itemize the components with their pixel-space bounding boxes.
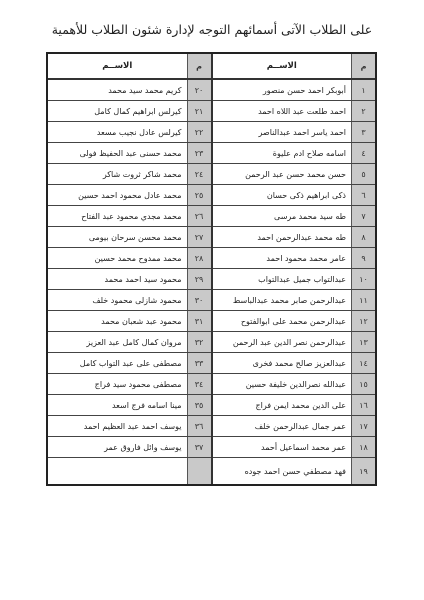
student-name: مروان كمال كامل عبد العزيز: [48, 332, 187, 352]
student-name: مصطفى محمود سيد فراج: [48, 374, 187, 394]
student-name: عبدالرحمن محمد على ابوالفتوح: [213, 311, 352, 331]
student-name: محمد مجدي محمود عبد الفتاح: [48, 206, 187, 226]
table-row: ١٩فهد مصطفي حسن احمد جوده: [213, 458, 376, 484]
header-name: الاســم: [213, 54, 352, 78]
row-number: ٢٤: [187, 164, 211, 184]
student-name: يوسف احمد عبد العظيم احمد: [48, 416, 187, 436]
student-name: اسامه صلاح ادم عليوة: [213, 143, 352, 163]
student-name: كيرلس عادل نجيب مسعد: [48, 122, 187, 142]
row-number: ٢: [351, 101, 375, 121]
table-row: ٥حسن محمد حسن عبد الرحمن: [213, 164, 376, 185]
table-row: ٧طه سيد محمد مرسى: [213, 206, 376, 227]
header-number: م: [187, 54, 211, 78]
row-number: ٢٠: [187, 80, 211, 100]
table-row: ٢٧محمد محسن سرحان بيومى: [48, 227, 211, 248]
row-number: ٣١: [187, 311, 211, 331]
student-name: مصطفى على عبد التواب كامل: [48, 353, 187, 373]
students-table-right-half: م الاســم ١أبوبكر احمد حسن منصور ٢احمد ط…: [212, 54, 376, 484]
table-row: ٢٥محمد عادل محمود احمد حسين: [48, 185, 211, 206]
table-row: ١٠عبدالتواب جميل عبدالتواب: [213, 269, 376, 290]
row-number: ٥: [351, 164, 375, 184]
row-number: ٣٢: [187, 332, 211, 352]
table-row: ٢٢كيرلس عادل نجيب مسعد: [48, 122, 211, 143]
table-row: ٢٤محمد شاكر ثروت شاكر: [48, 164, 211, 185]
table-row: ١٥عبدالله نصرالدين خليفة حسين: [213, 374, 376, 395]
row-number: ١٢: [351, 311, 375, 331]
row-number: ٢٣: [187, 143, 211, 163]
row-number: ٣٧: [187, 437, 211, 457]
table-row: ١١عبدالرحمن صابر محمد عبدالباسط: [213, 290, 376, 311]
student-name: أبوبكر احمد حسن منصور: [213, 80, 352, 100]
student-name: عبدالرحمن نصر الدين عبد الرحمن: [213, 332, 352, 352]
table-row: ١٨عمر محمد اسماعيل أحمد: [213, 437, 376, 458]
table-header-row: م الاســم: [48, 54, 211, 80]
student-name: ذكى ابراهيم ذكى حسان: [213, 185, 352, 205]
student-name: يوسف وائل فاروق عمر: [48, 437, 187, 457]
row-number: ١: [351, 80, 375, 100]
header-name: الاســم: [48, 54, 187, 78]
table-row: ٦ذكى ابراهيم ذكى حسان: [213, 185, 376, 206]
row-number: ٢٩: [187, 269, 211, 289]
table-row: ٣٧يوسف وائل فاروق عمر: [48, 437, 211, 458]
table-row: ٣١محمود عبد شعبان محمد: [48, 311, 211, 332]
student-name: [48, 458, 187, 484]
student-name: طه سيد محمد مرسى: [213, 206, 352, 226]
row-number: ٤: [351, 143, 375, 163]
student-name: عبدالله نصرالدين خليفة حسين: [213, 374, 352, 394]
table-header-row: م الاســم: [213, 54, 376, 80]
student-name: عبدالرحمن صابر محمد عبدالباسط: [213, 290, 352, 310]
student-name: عبدالعزيز صالح محمد فخرى: [213, 353, 352, 373]
table-row: ٣٤مصطفى محمود سيد فراج: [48, 374, 211, 395]
table-row: ٩عامر محمد محمود احمد: [213, 248, 376, 269]
student-name: محمد محسن سرحان بيومى: [48, 227, 187, 247]
student-name: فهد مصطفي حسن احمد جوده: [213, 458, 352, 484]
table-row: ٣احمد ياسر احمد عبدالناصر: [213, 122, 376, 143]
row-number: ٣٠: [187, 290, 211, 310]
student-name: عبدالتواب جميل عبدالتواب: [213, 269, 352, 289]
row-number: ٢٥: [187, 185, 211, 205]
student-name: محمود عبد شعبان محمد: [48, 311, 187, 331]
student-name: عمر محمد اسماعيل أحمد: [213, 437, 352, 457]
row-number: ١٤: [351, 353, 375, 373]
row-number: ١١: [351, 290, 375, 310]
table-row: ٢٦محمد مجدي محمود عبد الفتاح: [48, 206, 211, 227]
table-row: ١أبوبكر احمد حسن منصور: [213, 80, 376, 101]
row-number: ٢٦: [187, 206, 211, 226]
table-row: ٣٦يوسف احمد عبد العظيم احمد: [48, 416, 211, 437]
table-row: ٢١كيرلس ابراهيم كمال كامل: [48, 101, 211, 122]
row-number: [187, 458, 211, 484]
student-name: مينا اسامه فرج اسعد: [48, 395, 187, 415]
table-row: ١٧عمر جمال عبدالرحمن خلف: [213, 416, 376, 437]
table-row: ١٦على الدين محمد ايمن فراج: [213, 395, 376, 416]
student-name: عامر محمد محمود احمد: [213, 248, 352, 268]
student-name: كيرلس ابراهيم كمال كامل: [48, 101, 187, 121]
row-number: ١٨: [351, 437, 375, 457]
students-table: م الاســم ١أبوبكر احمد حسن منصور ٢احمد ط…: [46, 52, 377, 486]
student-name: محمد شاكر ثروت شاكر: [48, 164, 187, 184]
row-number: ٧: [351, 206, 375, 226]
student-name: محمود شازلى محمود خلف: [48, 290, 187, 310]
table-row: ٢٩محمود سيد احمد محمد: [48, 269, 211, 290]
row-number: ٣٥: [187, 395, 211, 415]
student-name: احمد ياسر احمد عبدالناصر: [213, 122, 352, 142]
row-number: ٣٤: [187, 374, 211, 394]
row-number: ١٩: [351, 458, 375, 484]
row-number: ٣٣: [187, 353, 211, 373]
page-title: على الطلاب الآتى أسمائهم التوجه لإدارة ش…: [0, 22, 424, 37]
row-number: ١٦: [351, 395, 375, 415]
student-name: على الدين محمد ايمن فراج: [213, 395, 352, 415]
student-name: حسن محمد حسن عبد الرحمن: [213, 164, 352, 184]
row-number: ٢١: [187, 101, 211, 121]
row-number: ١٥: [351, 374, 375, 394]
row-number: ٣: [351, 122, 375, 142]
table-row: ٢احمد طلعت عبد اللاه احمد: [213, 101, 376, 122]
student-name: طه محمد عبدالرحمن احمد: [213, 227, 352, 247]
row-number: ١٧: [351, 416, 375, 436]
table-row: ٢٨محمد ممدوح محمد حسين: [48, 248, 211, 269]
student-name: كريم محمد سيد محمد: [48, 80, 187, 100]
student-name: محمد حسنى عبد الحفيظ فولى: [48, 143, 187, 163]
row-number: ٨: [351, 227, 375, 247]
student-name: محمد ممدوح محمد حسين: [48, 248, 187, 268]
row-number: ٢٨: [187, 248, 211, 268]
table-row: ١٢عبدالرحمن محمد على ابوالفتوح: [213, 311, 376, 332]
table-row: ٢٠كريم محمد سيد محمد: [48, 80, 211, 101]
table-row: ١٤عبدالعزيز صالح محمد فخرى: [213, 353, 376, 374]
row-number: ٦: [351, 185, 375, 205]
table-row: ١٣عبدالرحمن نصر الدين عبد الرحمن: [213, 332, 376, 353]
table-row: ٢٣محمد حسنى عبد الحفيظ فولى: [48, 143, 211, 164]
header-number: م: [351, 54, 375, 78]
student-name: محمود سيد احمد محمد: [48, 269, 187, 289]
student-name: محمد عادل محمود احمد حسين: [48, 185, 187, 205]
table-row: ٣٥مينا اسامه فرج اسعد: [48, 395, 211, 416]
row-number: ٢٧: [187, 227, 211, 247]
student-name: احمد طلعت عبد اللاه احمد: [213, 101, 352, 121]
table-row: ٣٣مصطفى على عبد التواب كامل: [48, 353, 211, 374]
table-row: ٣٢مروان كمال كامل عبد العزيز: [48, 332, 211, 353]
students-table-left-half: م الاســم ٢٠كريم محمد سيد محمد ٢١كيرلس ا…: [48, 54, 212, 484]
table-row: ٨طه محمد عبدالرحمن احمد: [213, 227, 376, 248]
table-row-empty: [48, 458, 211, 484]
row-number: ٣٦: [187, 416, 211, 436]
row-number: ٩: [351, 248, 375, 268]
row-number: ١٠: [351, 269, 375, 289]
table-row: ٣٠محمود شازلى محمود خلف: [48, 290, 211, 311]
student-name: عمر جمال عبدالرحمن خلف: [213, 416, 352, 436]
row-number: ١٣: [351, 332, 375, 352]
row-number: ٢٢: [187, 122, 211, 142]
table-row: ٤اسامه صلاح ادم عليوة: [213, 143, 376, 164]
